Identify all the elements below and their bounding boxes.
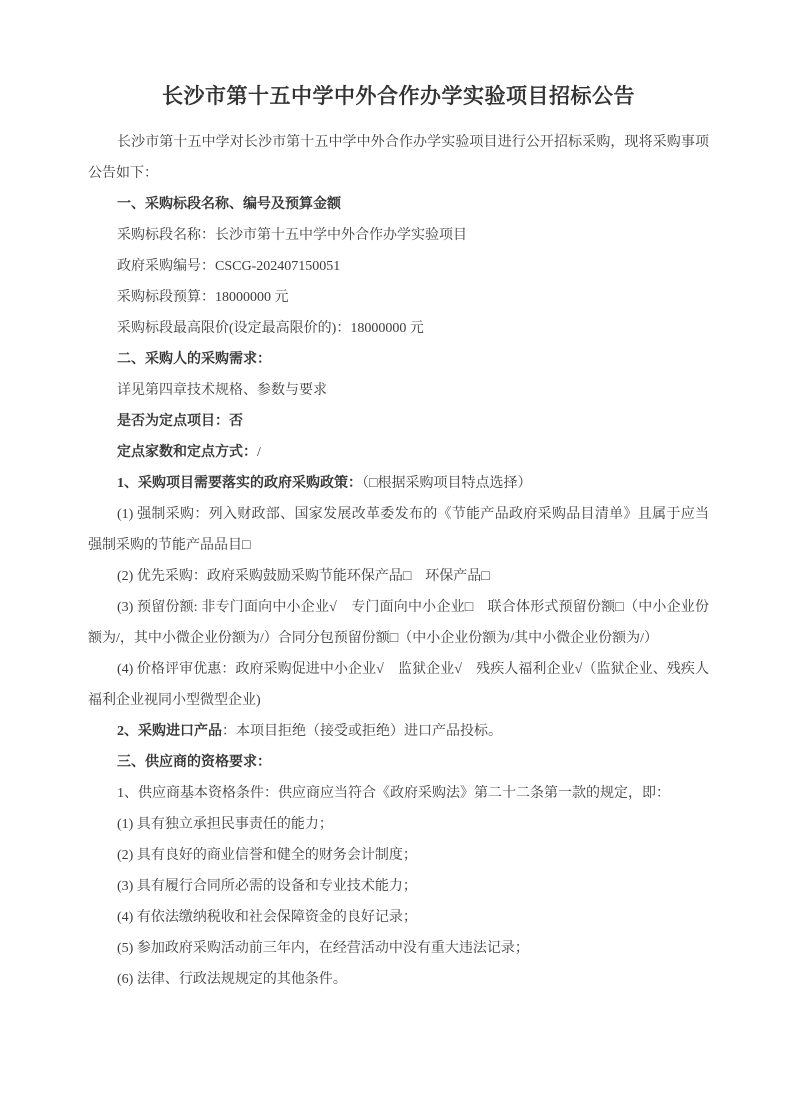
- paragraph: (2) 优先采购：政府采购鼓励采购节能环保产品□ 环保产品□: [88, 561, 709, 592]
- text-run: (4) 价格评审优惠：政府采购促进中小企业√ 监狱企业√ 残疾人福利企业√（监狱…: [88, 662, 709, 708]
- paragraph: 是否为定点项目：否: [88, 406, 709, 437]
- paragraph: 详见第四章技术规格、参数与要求: [88, 375, 709, 406]
- paragraph: (5) 参加政府采购活动前三年内，在经营活动中没有重大违法记录；: [88, 933, 709, 964]
- document-page: 长沙市第十五中学中外合作办学实验项目招标公告 长沙市第十五中学对长沙市第十五中学…: [0, 0, 794, 1107]
- bold-text-run: 2、采购进口产品: [117, 724, 222, 739]
- text-run: 1、供应商基本资格条件：供应商应当符合《政府采购法》第二十二条第一款的规定，即：: [117, 786, 670, 801]
- text-run: 详见第四章技术规格、参数与要求: [117, 383, 327, 398]
- paragraph: (3) 具有履行合同所必需的设备和专业技术能力；: [88, 871, 709, 902]
- paragraph: 1、供应商基本资格条件：供应商应当符合《政府采购法》第二十二条第一款的规定，即：: [88, 778, 709, 809]
- paragraph: 政府采购编号：CSCG-202407150051: [88, 251, 709, 282]
- bold-text-run: 定点家数和定点方式：: [117, 445, 257, 460]
- paragraph: (6) 法律、行政法规规定的其他条件。: [88, 964, 709, 995]
- text-run: (1) 强制采购：列入财政部、国家发展改革委发布的《节能产品政府采购品目清单》且…: [88, 507, 709, 553]
- text-run: ：本项目拒绝（接受或拒绝）进口产品投标。: [222, 724, 502, 739]
- text-run: 采购标段最高限价(设定最高限价的)：18000000 元: [117, 321, 424, 336]
- paragraph: 2、采购进口产品：本项目拒绝（接受或拒绝）进口产品投标。: [88, 716, 709, 747]
- bold-text-run: 是否为定点项目：否: [117, 414, 243, 429]
- paragraph: 定点家数和定点方式：/: [88, 437, 709, 468]
- text-run: (3) 具有履行合同所必需的设备和专业技术能力；: [117, 879, 417, 894]
- text-run: 政府采购编号：CSCG-202407150051: [117, 259, 340, 274]
- text-run: (2) 具有良好的商业信誉和健全的财务会计制度；: [117, 848, 417, 863]
- text-run: (1) 具有独立承担民事责任的能力；: [117, 817, 333, 832]
- text-run: /: [257, 445, 261, 460]
- text-run: (6) 法律、行政法规规定的其他条件。: [117, 972, 347, 987]
- paragraph: 采购标段预算：18000000 元: [88, 282, 709, 313]
- text-run: (4) 有依法缴纳税收和社会保障资金的良好记录；: [117, 910, 417, 925]
- paragraph: (1) 具有独立承担民事责任的能力；: [88, 809, 709, 840]
- bold-text-run: 三、供应商的资格要求：: [117, 755, 271, 770]
- text-run: 长沙市第十五中学对长沙市第十五中学中外合作办学实验项目进行公开招标采购，现将采购…: [88, 135, 709, 181]
- text-run: (3) 预留份额: 非专门面向中小企业√ 专门面向中小企业□ 联合体形式预留份额…: [88, 600, 709, 646]
- text-run: (5) 参加政府采购活动前三年内，在经营活动中没有重大违法记录；: [117, 941, 529, 956]
- bold-text-run: 二、采购人的采购需求：: [117, 352, 271, 367]
- paragraph: (4) 价格评审优惠：政府采购促进中小企业√ 监狱企业√ 残疾人福利企业√（监狱…: [88, 654, 709, 716]
- paragraph: (4) 有依法缴纳税收和社会保障资金的良好记录；: [88, 902, 709, 933]
- paragraph: 三、供应商的资格要求：: [88, 747, 709, 778]
- paragraph: 长沙市第十五中学对长沙市第十五中学中外合作办学实验项目进行公开招标采购，现将采购…: [88, 127, 709, 189]
- paragraph: (2) 具有良好的商业信誉和健全的财务会计制度；: [88, 840, 709, 871]
- bold-text-run: 1、采购项目需要落实的政府采购政策：: [117, 476, 362, 491]
- paragraph: (1) 强制采购：列入财政部、国家发展改革委发布的《节能产品政府采购品目清单》且…: [88, 499, 709, 561]
- paragraph: 1、采购项目需要落实的政府采购政策：（□根据采购项目特点选择）: [88, 468, 709, 499]
- text-run: 采购标段预算：18000000 元: [117, 290, 289, 305]
- document-body: 长沙市第十五中学对长沙市第十五中学中外合作办学实验项目进行公开招标采购，现将采购…: [88, 127, 709, 995]
- text-run: 采购标段名称：长沙市第十五中学中外合作办学实验项目: [117, 228, 467, 243]
- paragraph: 二、采购人的采购需求：: [88, 344, 709, 375]
- paragraph: (3) 预留份额: 非专门面向中小企业√ 专门面向中小企业□ 联合体形式预留份额…: [88, 592, 709, 654]
- document-title: 长沙市第十五中学中外合作办学实验项目招标公告: [88, 81, 709, 111]
- paragraph: 一、采购标段名称、编号及预算金额: [88, 189, 709, 220]
- bold-text-run: 一、采购标段名称、编号及预算金额: [117, 197, 341, 212]
- paragraph: 采购标段最高限价(设定最高限价的)：18000000 元: [88, 313, 709, 344]
- text-run: （□根据采购项目特点选择）: [362, 476, 531, 491]
- text-run: (2) 优先采购：政府采购鼓励采购节能环保产品□ 环保产品□: [117, 569, 490, 584]
- paragraph: 采购标段名称：长沙市第十五中学中外合作办学实验项目: [88, 220, 709, 251]
